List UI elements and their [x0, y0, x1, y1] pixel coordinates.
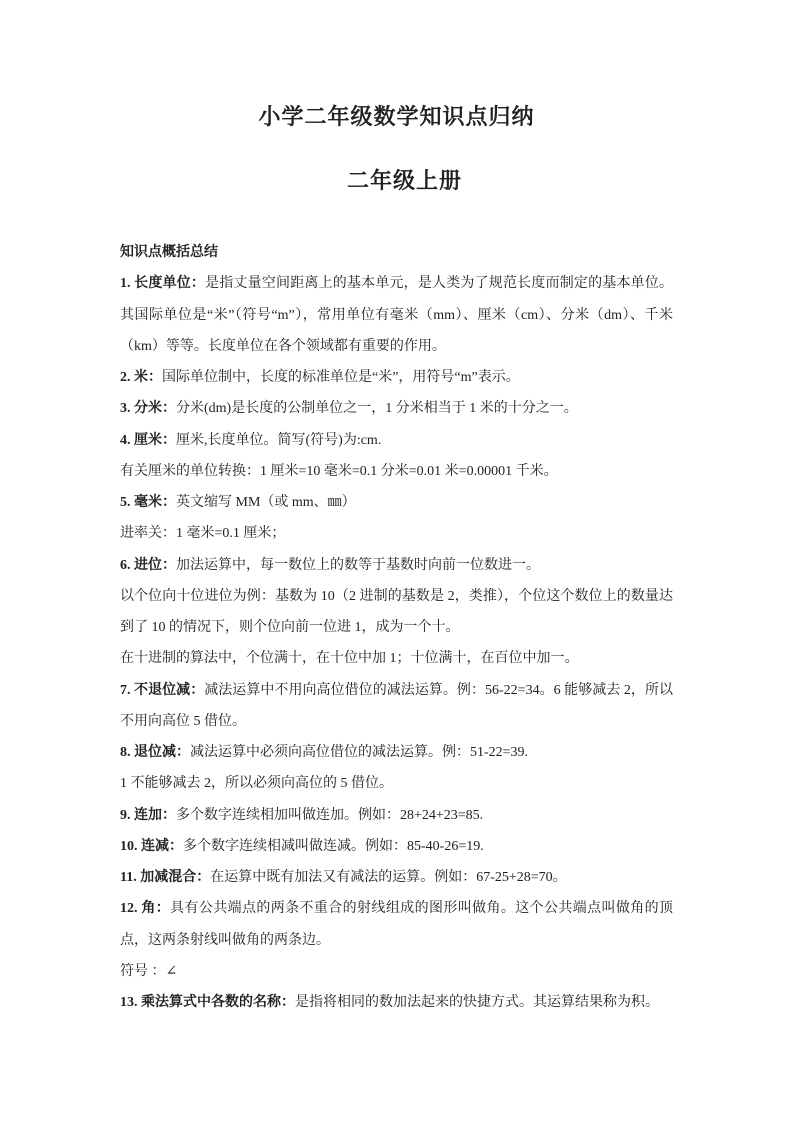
paragraph-text: 1 不能够减去 2，所以必须向高位的 5 借位。	[120, 776, 393, 791]
paragraph-lead: 12. 角：	[120, 901, 170, 916]
paragraph: 2. 米：国际单位制中，长度的标准单位是“米”，用符号“m”表示。	[120, 362, 673, 393]
paragraph: 12. 角：具有公共端点的两条不重合的射线组成的图形叫做角。这个公共端点叫做角的…	[120, 893, 673, 956]
paragraph: 3. 分米：分米(dm)是长度的公制单位之一，1 分米相当于 1 米的十分之一。	[120, 393, 673, 424]
paragraph: 11. 加减混合：在运算中既有加法又有减法的运算。例如：67-25+28=70。	[120, 862, 673, 893]
paragraph-text: 是指将相同的数加法起来的快捷方式。其运算结果称为积。	[295, 995, 659, 1010]
paragraph-text: 在运算中既有加法又有减法的运算。例如：67-25+28=70。	[210, 870, 566, 885]
paragraph: 5. 毫米：英文缩写 MM（或 mm、㎜）	[120, 487, 673, 518]
paragraph-text: 在十进制的算法中，个位满十，在十位中加 1；十位满十，在百位中加一。	[120, 651, 579, 666]
paragraph: 9. 连加：多个数字连续相加叫做连加。例如：28+24+23=85.	[120, 800, 673, 831]
paragraph: 1. 长度单位：是指丈量空间距离上的基本单元，是人类为了规范长度而制定的基本单位…	[120, 268, 673, 362]
paragraph: 在十进制的算法中，个位满十，在十位中加 1；十位满十，在百位中加一。	[120, 643, 673, 674]
paragraph-text: 多个数字连续相加叫做连加。例如：28+24+23=85.	[176, 808, 483, 823]
paragraph: 符号 ：∠	[120, 956, 673, 987]
document-title: 小学二年级数学知识点归纳	[0, 100, 793, 131]
paragraph-lead: 3. 分米：	[120, 401, 176, 416]
paragraph: 进率关：1 毫米=0.1 厘米；	[120, 518, 673, 549]
paragraph-text: 分米(dm)是长度的公制单位之一，1 分米相当于 1 米的十分之一。	[176, 401, 578, 416]
paragraph-lead: 5. 毫米：	[120, 495, 176, 510]
document-page: 小学二年级数学知识点归纳 二年级上册 知识点概括总结 1. 长度单位：是指丈量空…	[0, 0, 793, 1122]
paragraph-text: 符号 ：∠	[120, 964, 177, 979]
paragraph-text: 减法运算中必须向高位借位的减法运算。例：51-22=39.	[190, 745, 528, 760]
paragraph-text: 进率关：1 毫米=0.1 厘米；	[120, 526, 285, 541]
paragraph: 1 不能够减去 2，所以必须向高位的 5 借位。	[120, 768, 673, 799]
paragraph-lead: 11. 加减混合：	[120, 870, 210, 885]
paragraph: 13. 乘法算式中各数的名称：是指将相同的数加法起来的快捷方式。其运算结果称为积…	[120, 987, 673, 1018]
paragraph-text: 有关厘米的单位转换：1 厘米=10 毫米=0.1 分米=0.01 米=0.000…	[120, 464, 558, 479]
paragraph-lead: 10. 连减：	[120, 839, 183, 854]
paragraph: 4. 厘米：厘米,长度单位。简写(符号)为:cm.	[120, 425, 673, 456]
document-body: 知识点概括总结 1. 长度单位：是指丈量空间距离上的基本单元，是人类为了规范长度…	[120, 237, 673, 1018]
paragraph: 6. 进位：加法运算中，每一数位上的数等于基数时向前一位数进一。	[120, 550, 673, 581]
paragraph-list: 1. 长度单位：是指丈量空间距离上的基本单元，是人类为了规范长度而制定的基本单位…	[120, 268, 673, 1018]
paragraph-text: 英文缩写 MM（或 mm、㎜）	[176, 495, 356, 510]
paragraph-lead: 13. 乘法算式中各数的名称：	[120, 995, 295, 1010]
paragraph-lead: 9. 连加：	[120, 808, 176, 823]
paragraph-text: 以个位向十位进位为例：基数为 10（2 进制的基数是 2，类推），个位这个数位上…	[120, 589, 673, 635]
section-header: 知识点概括总结	[120, 237, 673, 268]
paragraph: 10. 连减：多个数字连续相减叫做连减。例如：85-40-26=19.	[120, 831, 673, 862]
paragraph-lead: 8. 退位减：	[120, 745, 190, 760]
paragraph: 7. 不退位减：减法运算中不用向高位借位的减法运算。例：56-22=34。6 能…	[120, 675, 673, 738]
paragraph-lead: 1. 长度单位：	[120, 276, 205, 291]
paragraph-lead: 6. 进位：	[120, 558, 176, 573]
paragraph-text: 具有公共端点的两条不重合的射线组成的图形叫做角。这个公共端点叫做角的顶点，这两条…	[120, 901, 673, 947]
paragraph: 有关厘米的单位转换：1 厘米=10 毫米=0.1 分米=0.01 米=0.000…	[120, 456, 673, 487]
paragraph-lead: 7. 不退位减：	[120, 683, 204, 698]
paragraph: 以个位向十位进位为例：基数为 10（2 进制的基数是 2，类推），个位这个数位上…	[120, 581, 673, 644]
paragraph-text: 加法运算中，每一数位上的数等于基数时向前一位数进一。	[176, 558, 540, 573]
paragraph-text: 厘米,长度单位。简写(符号)为:cm.	[176, 433, 381, 448]
document-subtitle: 二年级上册	[16, 164, 793, 195]
paragraph-lead: 2. 米：	[120, 370, 162, 385]
paragraph-lead: 4. 厘米：	[120, 433, 176, 448]
paragraph-text: 多个数字连续相减叫做连减。例如：85-40-26=19.	[183, 839, 484, 854]
paragraph-text: 国际单位制中，长度的标准单位是“米”，用符号“m”表示。	[162, 370, 520, 385]
paragraph: 8. 退位减：减法运算中必须向高位借位的减法运算。例：51-22=39.	[120, 737, 673, 768]
